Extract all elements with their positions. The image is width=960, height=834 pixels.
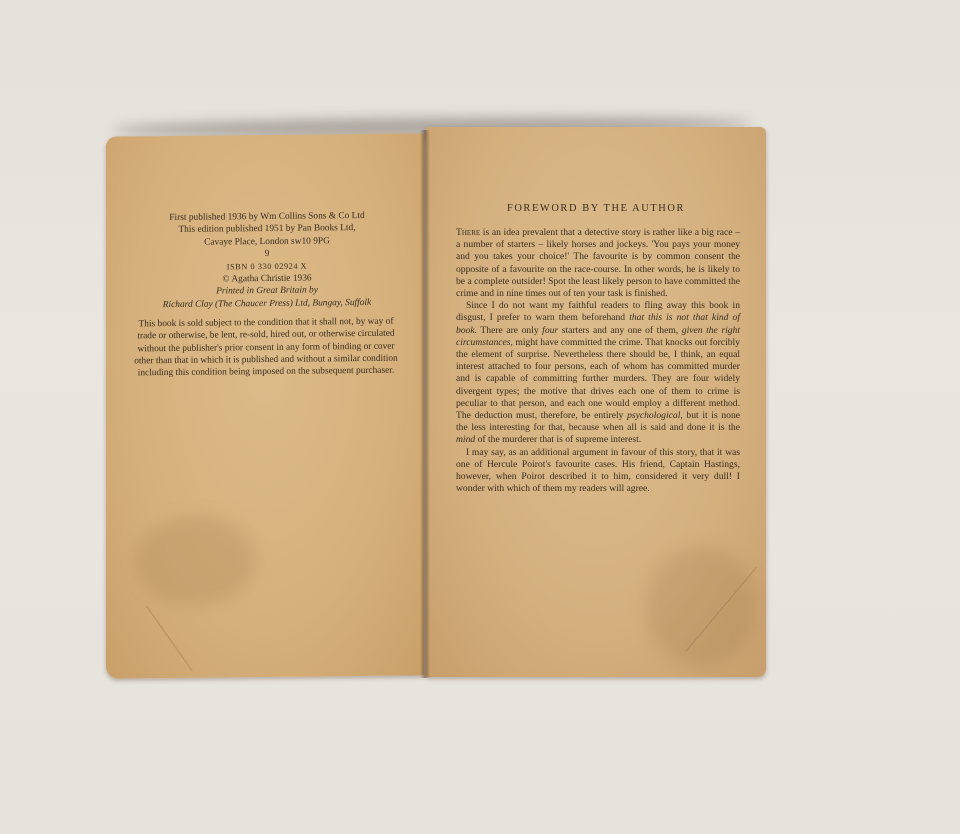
paragraph-text: might have committed the crime. That kno… [456,337,740,421]
paragraph-text: is an idea prevalent that a detective st… [456,227,740,299]
imprint-block: First published 1936 by Wm Collins Sons … [142,210,392,312]
condition-notice: This book is sold subject to the conditi… [134,316,398,380]
foreword-paragraph-3: I may say, as an additional argument in … [456,447,740,496]
paper-stain [136,515,256,606]
book-spine-gutter [420,130,430,678]
paper-stain [646,547,756,667]
paragraph-text: starters and any one of them, [558,325,682,336]
foreword-title: FOREWORD BY THE AUTHOR [426,203,766,214]
emphasis-text: mind [456,434,475,445]
foreword-paragraph-2: Since I do not want my faithful readers … [456,300,740,446]
foreword-body: There is an idea prevalent that a detect… [456,227,740,495]
foreword-paragraph-1: There is an idea prevalent that a detect… [456,227,740,300]
emphasis-text: psychological, [627,410,683,421]
imprint-printer: Richard Clay (The Chaucer Press) Ltd, Bu… [142,297,392,312]
page-crease [146,606,193,672]
drop-lead-word: There [456,227,480,238]
paragraph-text: of the murderer that is of supreme inter… [475,434,641,445]
right-page-foreword: FOREWORD BY THE AUTHOR There is an idea … [426,127,766,677]
paragraph-text: There are only [477,325,542,336]
left-page-copyright: First published 1936 by Wm Collins Sons … [106,133,424,678]
emphasis-text: four [542,325,558,336]
imprint-edition: This edition published 1951 by Pan Books… [142,222,392,237]
